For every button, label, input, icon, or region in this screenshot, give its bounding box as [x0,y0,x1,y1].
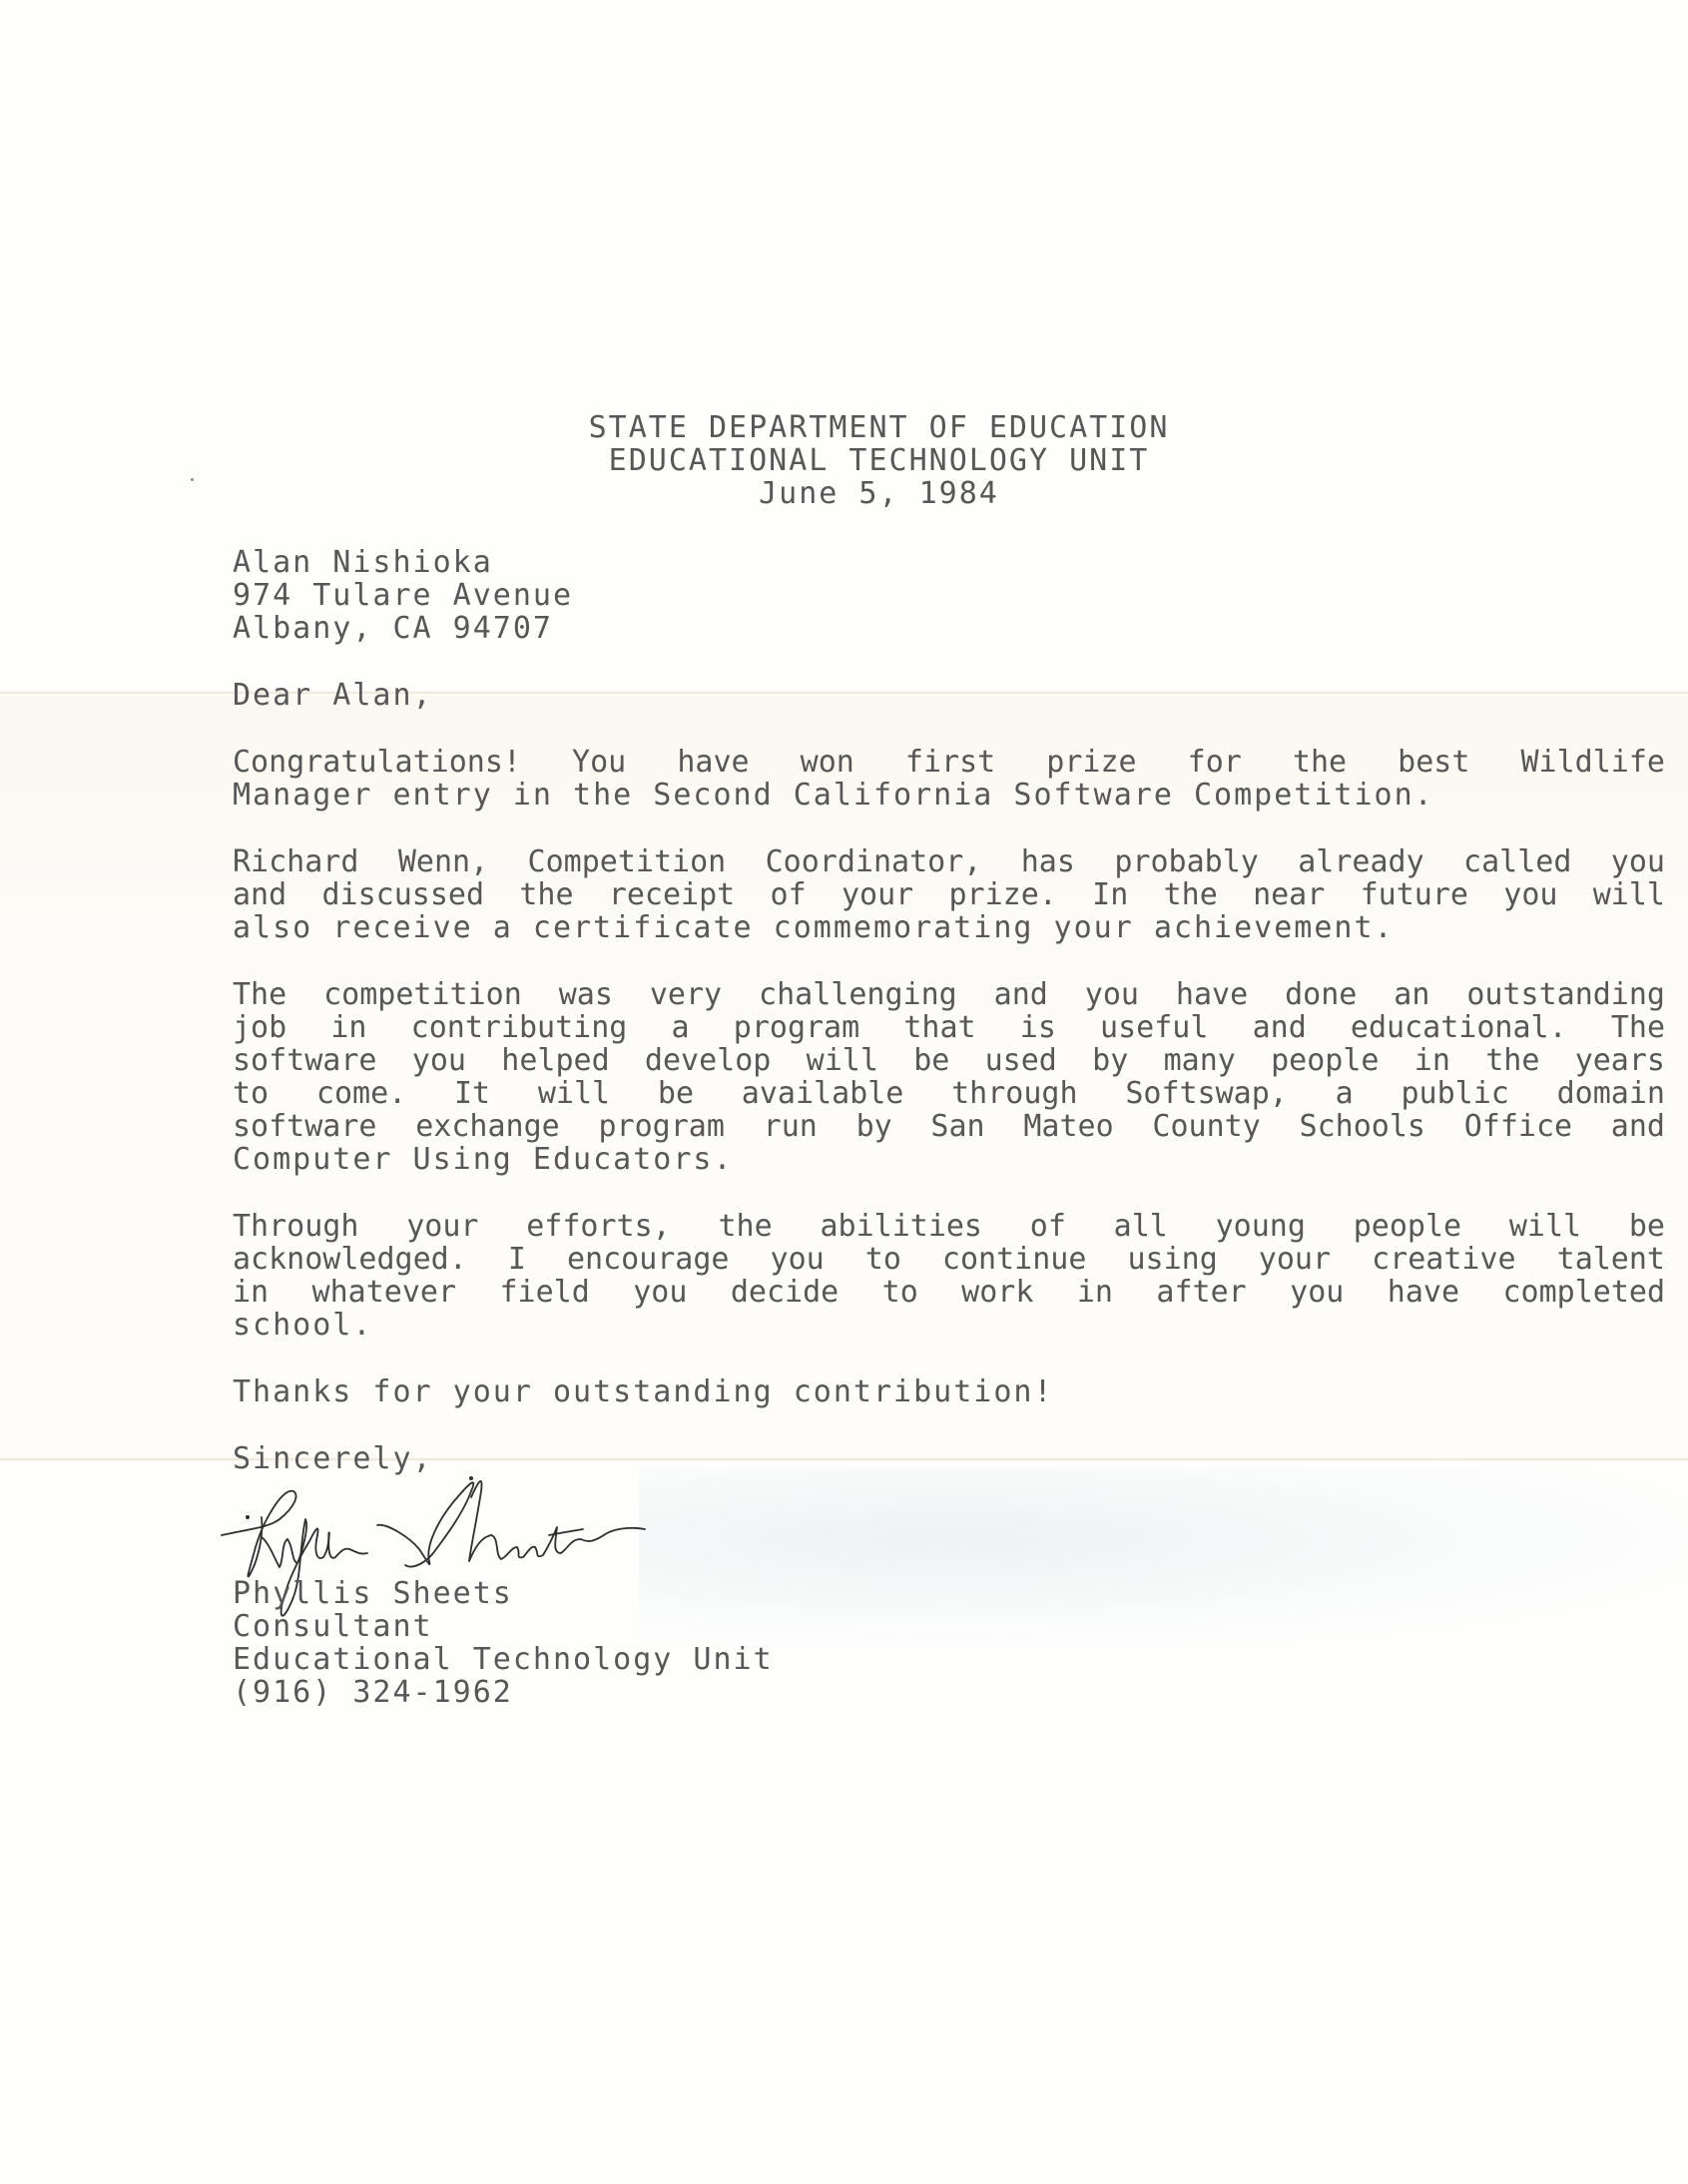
body-line: The competition was very challenging and… [233,978,1665,1011]
body-line: software you helped develop will be used… [233,1044,1665,1077]
recipient-name: Alan Nishioka [233,546,493,579]
body-line: software exchange program run by San Mat… [233,1110,1665,1143]
body-line: Through your efforts, the abilities of a… [233,1210,1665,1243]
body-line: in whatever field you decide to work in … [233,1276,1665,1309]
salutation: Dear Alan, [233,679,433,712]
body-line: and discussed the receipt of your prize.… [233,878,1665,911]
recipient-city: Albany, CA 94707 [233,612,553,645]
paper-shading [639,1467,1688,1647]
body-line: Manager entry in the Second California S… [233,779,1434,812]
body-line: school. [233,1309,372,1342]
sender-title: Consultant [233,1610,433,1643]
body-line: acknowledged. I encourage you to continu… [233,1243,1665,1276]
body-line: Richard Wenn, Competition Coordinator, h… [233,845,1665,878]
sender-name: Phyllis Sheets [233,1577,513,1610]
body-line: Thanks for your outstanding contribution… [233,1375,1054,1408]
body-line: to come. It will be available through So… [233,1077,1665,1110]
body-line: Computer Using Educators. [233,1143,734,1176]
recipient-street: 974 Tulare Avenue [233,579,573,612]
sender-unit: Educational Technology Unit [233,1643,774,1676]
letterhead-department: STATE DEPARTMENT OF EDUCATION [0,411,1688,444]
body-line: also receive a certificate commemorating… [233,911,1395,944]
body-line: Congratulations! You have won first priz… [233,746,1665,779]
sender-phone: (916) 324-1962 [233,1676,513,1709]
letter-date: June 5, 1984 [0,477,1688,510]
body-line: job in contributing a program that is us… [233,1011,1665,1044]
letterhead-unit: EDUCATIONAL TECHNOLOGY UNIT [0,444,1688,477]
